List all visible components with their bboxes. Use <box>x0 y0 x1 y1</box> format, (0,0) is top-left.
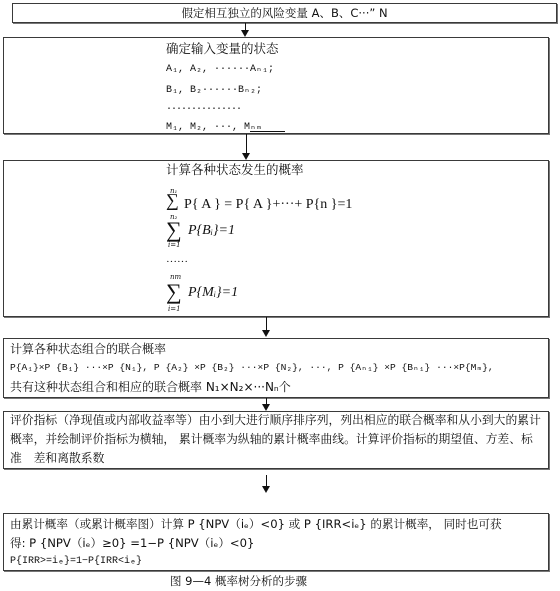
figure-caption: 图 9—4 概率树分析的步骤 <box>170 574 307 588</box>
step-1-text: 假定相互独立的风险变量 A、B、C···” N <box>13 6 556 20</box>
step-1-box: 假定相互独立的风险变量 A、B、C···” N <box>12 3 557 23</box>
step-2-title: 确定输入变量的状态 <box>166 42 279 56</box>
step-5-text: 评价指标（净现值或内部收益率等）由小到大进行顺序排序列，列出相应的联合概率和从小… <box>10 411 544 468</box>
step-3-title: 计算各种状态发生的概率 <box>166 163 304 177</box>
formula-c-sigma: ∑ <box>166 281 182 303</box>
step-4-box: 计算各种状态组合的联合概率 P{A₁}×P {B₁} ···×P {N₁}, P… <box>3 338 549 398</box>
step-5-box: 评价指标（净现值或内部收益率等）由小到大进行顺序排序列，列出相应的联合概率和从小… <box>3 411 549 469</box>
step-2-line-b: B₁, B₂······Bₙ₂; <box>166 84 262 98</box>
arrow-2-3-head <box>242 153 250 160</box>
formula-ellipsis: ······ <box>166 255 188 269</box>
formula-b-sigma: ∑ <box>166 219 182 241</box>
step-6-line-2: 得: P {NPV（iₑ）≥0} =1−P {NPV（iₑ）<0} <box>10 536 254 550</box>
formula-a-sigma: ∑ <box>166 193 179 207</box>
arrow-4-5-head <box>262 404 270 411</box>
formula-a-body: P{ A } = P{ A }+···+ P{n }=1 <box>184 198 352 212</box>
step-6-line-3: P{IRR>=iₑ}=1−P{IRR<iₑ} <box>10 555 142 569</box>
step-4-line-2: 共有这种状态组合和相应的联合概率 N₁×N₂×···Nₙ个 <box>10 380 291 394</box>
formula-b-body: P{Bᵢ}=1 <box>188 224 235 238</box>
formula-c-lower: i=1 <box>168 305 181 313</box>
arrow-1-2-head <box>241 30 249 37</box>
step-6-line-1: 由累计概率（或累计概率图）计算 P {NPV（iₑ）<0} 或 P {IRR<i… <box>10 517 502 531</box>
step-4-title: 计算各种状态组合的联合概率 <box>10 342 166 356</box>
step-3-box: 计算各种状态发生的概率 n₁ ∑ P{ A } = P{ A }+···+ P{… <box>3 160 549 317</box>
formula-c-body: P{Mᵢ}=1 <box>188 286 238 300</box>
step-2-line-m: M₁, M₂, ···, Mₙₘ <box>166 121 262 135</box>
step-4-line-1: P{A₁}×P {B₁} ···×P {N₁}, P {A₂} ×P {B₂} … <box>10 361 494 375</box>
arrow-3-4-head <box>262 330 270 337</box>
step-2-line-dots: ··············· <box>166 103 241 117</box>
arrow-3-4-line <box>266 317 267 331</box>
step-6-box: 由累计概率（或累计概率图）计算 P {NPV（iₑ）<0} 或 P {IRR<i… <box>3 513 549 571</box>
step-2-line-a: A₁, A₂, ······Aₙ₁; <box>166 63 274 77</box>
underline-mark <box>250 131 285 132</box>
arrow-2-3-line <box>246 134 247 154</box>
arrow-5-6-head <box>262 486 270 493</box>
formula-b-lower: i=1 <box>168 241 181 249</box>
step-2-box: 确定输入变量的状态 A₁, A₂, ······Aₙ₁; B₁, B₂·····… <box>3 37 549 134</box>
